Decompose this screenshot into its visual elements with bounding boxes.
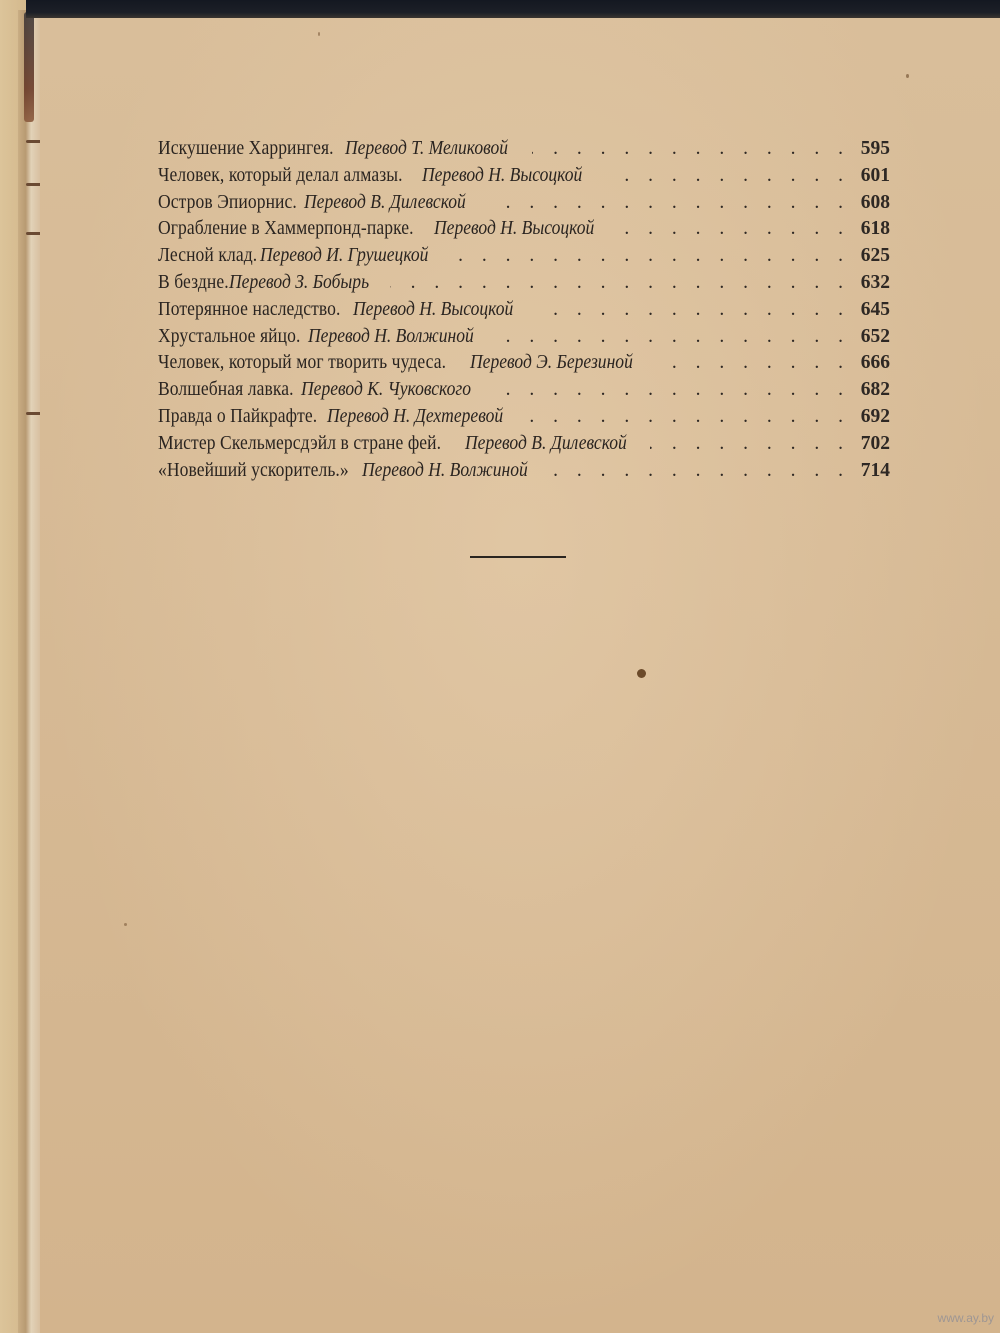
story-title: Хрустальное яйцо. — [158, 326, 300, 348]
translator: Перевод Н. Высоцкой — [434, 218, 594, 240]
translator: Перевод В. Дилевской — [304, 192, 466, 214]
translator: Перевод Н. Волжиной — [308, 326, 474, 348]
toc-entry: Правда о Пайкрафте. Перевод Н. Дехтерево… — [158, 406, 890, 433]
page-number: 625 — [856, 245, 890, 267]
dot-leader: . . . . . . . . . . . . . . . . . . . . … — [496, 379, 850, 401]
translator: Перевод Н. Дехтеревой — [327, 406, 503, 428]
dot-leader: . . . . . . . . . . . . . . . . . . . . … — [498, 326, 850, 348]
toc-entry: Лесной клад. Перевод И. Грушецкой . . . … — [158, 245, 890, 272]
toc-entry: Хрустальное яйцо. Перевод Н. Волжиной . … — [158, 326, 890, 353]
story-title: Потерянное наследство. — [158, 299, 340, 321]
page-number: 618 — [856, 218, 890, 240]
dot-leader: . . . . . . . . . . . . . . . . . . . . … — [552, 460, 850, 482]
toc-entry: Искушение Харрингея. Перевод Т. Меликово… — [158, 138, 890, 165]
dot-leader: . . . . . . . . . . . . . . . . . . . . … — [453, 245, 850, 267]
page-number: 608 — [856, 192, 890, 214]
dot-leader: . . . . . . . . . . . . . . . . . . . . … — [606, 165, 850, 187]
translator: Перевод И. Грушецкой — [260, 245, 428, 267]
dot-leader: . . . . . . . . . . . . . . . . . . . . … — [650, 433, 850, 455]
story-title: Человек, который делал алмазы. — [158, 165, 403, 187]
story-title: Остров Эпиорнис. — [158, 192, 297, 214]
page-top-shadow — [26, 0, 1000, 18]
translator: Перевод Н. Высоцкой — [422, 165, 582, 187]
page-number: 666 — [856, 352, 890, 374]
paper-speck — [124, 923, 127, 926]
toc-entry: Остров Эпиорнис. Перевод В. Дилевской . … — [158, 192, 890, 219]
story-title: В бездне. — [158, 272, 229, 294]
toc-entry: Человек, который мог творить чудеса. Пер… — [158, 352, 890, 379]
table-of-contents: Искушение Харрингея. Перевод Т. Меликово… — [158, 138, 890, 486]
page-number: 632 — [856, 272, 890, 294]
page-number: 601 — [856, 165, 890, 187]
page-number: 682 — [856, 379, 890, 401]
translator: Перевод В. Дилевской — [465, 433, 627, 455]
dot-leader: . . . . . . . . . . . . . . . . . . . . … — [390, 272, 850, 294]
paper-speck — [318, 32, 320, 36]
translator: Перевод Н. Высоцкой — [353, 299, 513, 321]
story-title: «Новейший ускоритель.» — [158, 460, 349, 482]
dot-leader: . . . . . . . . . . . . . . . . . . . . … — [532, 138, 850, 160]
translator: Перевод К. Чуковского — [301, 379, 471, 401]
toc-entry: «Новейший ускоритель.» Перевод Н. Волжин… — [158, 460, 890, 487]
toc-entry: Потерянное наследство. Перевод Н. Высоцк… — [158, 299, 890, 326]
page-number: 652 — [856, 326, 890, 348]
translator: Перевод З. Бобырь — [229, 272, 369, 294]
story-title: Человек, который мог творить чудеса. — [158, 352, 446, 374]
toc-entry: Ограбление в Хаммерпонд-парке. Перевод Н… — [158, 218, 890, 245]
dot-leader: . . . . . . . . . . . . . . . . . . . . … — [657, 352, 850, 374]
story-title: Правда о Пайкрафте. — [158, 406, 317, 428]
page-number: 595 — [856, 138, 890, 160]
page-number: 645 — [856, 299, 890, 321]
story-title: Лесной клад. — [158, 245, 257, 267]
story-title: Волшебная лавка. — [158, 379, 294, 401]
page-number: 702 — [856, 433, 890, 455]
book-spine-gutter — [18, 10, 40, 1333]
dot-leader: . . . . . . . . . . . . . . . . . . . . … — [490, 192, 850, 214]
translator: Перевод Н. Волжиной — [362, 460, 528, 482]
spine-tear — [24, 12, 34, 122]
toc-entry: В бездне. Перевод З. Бобырь . . . . . . … — [158, 272, 890, 299]
story-title: Ограбление в Хаммерпонд-парке. — [158, 218, 414, 240]
watermark-text: www.ay.by — [938, 1311, 994, 1325]
toc-entry: Человек, который делал алмазы. Перевод Н… — [158, 165, 890, 192]
paper-stain — [637, 669, 646, 678]
toc-entry: Волшебная лавка. Перевод К. Чуковского .… — [158, 379, 890, 406]
story-title: Искушение Харрингея. — [158, 138, 334, 160]
dot-leader: . . . . . . . . . . . . . . . . . . . . … — [529, 406, 850, 428]
dot-leader: . . . . . . . . . . . . . . . . . . . . … — [537, 299, 850, 321]
page-number: 692 — [856, 406, 890, 428]
story-title: Мистер Скельмерсдэйл в стране фей. — [158, 433, 441, 455]
toc-entry: Мистер Скельмерсдэйл в стране фей. Перев… — [158, 433, 890, 460]
dot-leader: . . . . . . . . . . . . . . . . . . . . … — [618, 218, 850, 240]
paper-speck — [906, 74, 909, 78]
section-separator-rule — [470, 556, 566, 558]
translator: Перевод Т. Меликовой — [345, 138, 508, 160]
page-number: 714 — [856, 460, 890, 482]
translator: Перевод Э. Березиной — [470, 352, 633, 374]
